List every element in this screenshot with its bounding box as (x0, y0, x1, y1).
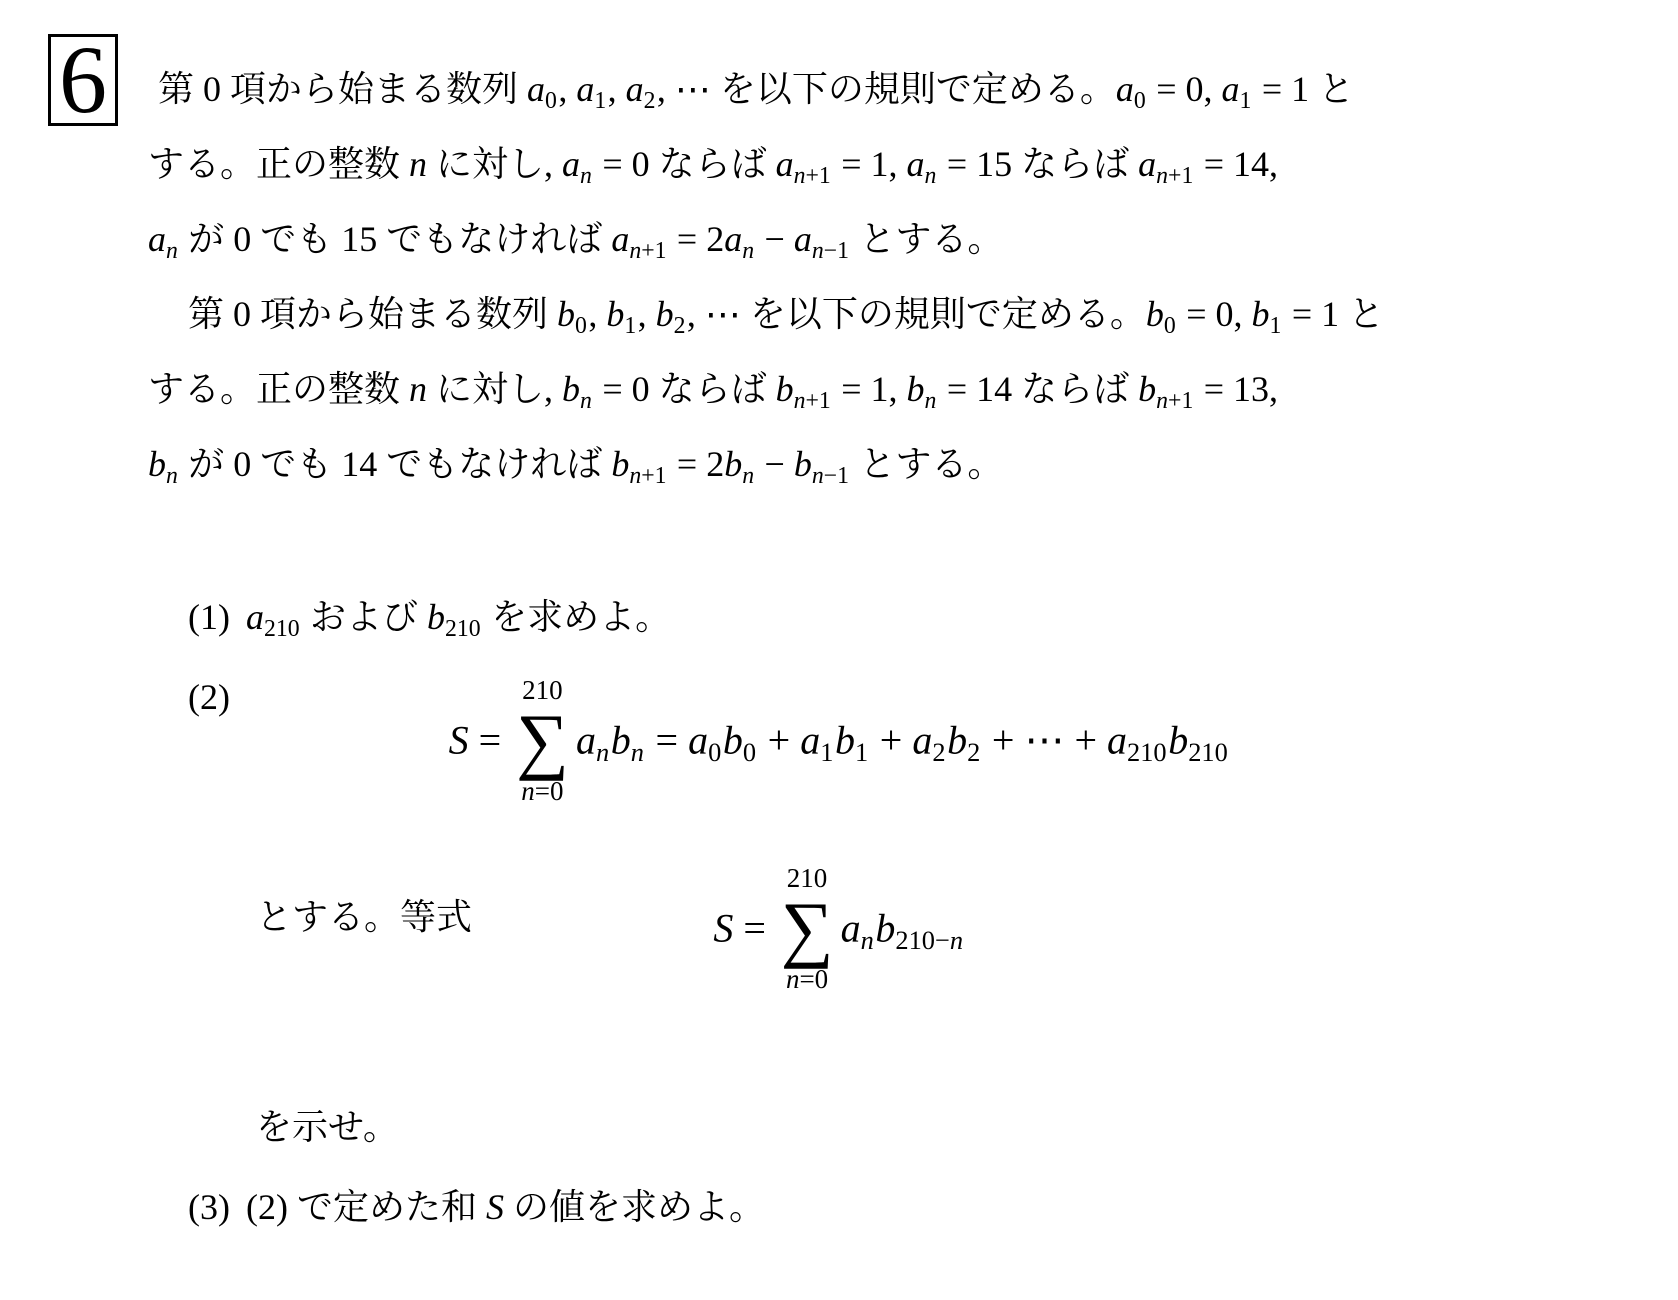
summation: 210∑n=0 (516, 675, 569, 807)
math-op: + (758, 717, 801, 762)
math-var: b (562, 369, 580, 409)
math-var: a (611, 219, 629, 259)
text-run: に対し, (427, 369, 562, 409)
text-run: 第 0 項から始まる数列 (158, 69, 527, 109)
math-subscript: 0 (575, 313, 587, 339)
math-sub-part: −1 (824, 238, 849, 264)
math-var: a (907, 144, 925, 184)
text-run: を求めよ。 (482, 597, 671, 637)
math-op: = 0 (593, 144, 658, 184)
text-run: する。正の整数 (148, 144, 409, 184)
text-run: と (1339, 294, 1384, 334)
statement-line-6: bn が 0 でも 14 でもなければ bn+1 = 2bn − bn−1 とす… (148, 427, 1548, 502)
math-sub-part: 0 (743, 737, 756, 767)
text-run: で定めた和 (288, 1187, 486, 1227)
math-var: b (656, 294, 674, 334)
math-subscript: 2 (967, 737, 980, 767)
math-subscript: n (742, 238, 754, 264)
math-sub-part: n (1156, 163, 1168, 189)
math-subscript: n−1 (812, 238, 849, 264)
math-sub-part: n (596, 737, 609, 767)
math-subscript: 1 (855, 737, 868, 767)
text-run: に対し, (427, 144, 562, 184)
math-sub-part: n (580, 388, 592, 414)
math-var: a (912, 717, 932, 762)
math-sub-part: n (166, 238, 178, 264)
math-subscript: n (580, 388, 592, 414)
math-sub-part: 1 (624, 313, 636, 339)
math-subscript: 0 (708, 737, 721, 767)
math-op: , (558, 69, 576, 109)
math-op: = 0 (593, 369, 658, 409)
math-sub-part: n (629, 463, 641, 489)
math-sub-part: 210 (1188, 737, 1228, 767)
math-var: b (557, 294, 575, 334)
math-var: a (148, 219, 166, 259)
math-op: = 15 (938, 144, 1021, 184)
math-subscript: n−1 (812, 463, 849, 489)
statement-line-5: する。正の整数 n に対し, bn = 0 ならば bn+1 = 1, bn =… (148, 352, 1548, 427)
math-sub-part: 210 (264, 616, 300, 642)
item-1-text: a210 および b210 を求めよ。 (246, 597, 671, 637)
math-sub-part: 2 (967, 737, 980, 767)
math-sub-part: 0 (1134, 88, 1146, 114)
math-sub-part: n (950, 925, 963, 955)
math-op: = 0, (1147, 69, 1221, 109)
math-op: = 1 (1283, 294, 1339, 334)
math-var: a (841, 905, 861, 950)
statement-line-3: an が 0 でも 15 でもなければ an+1 = 2an − an−1 とす… (148, 202, 1548, 277)
sum-formula-definition: S = 210∑n=0anbn = a0b0 + a1b1 + a2b2 + ⋯… (0, 678, 1678, 810)
math-subscript: 0 (1164, 313, 1176, 339)
math-sub-part: +1 (641, 238, 666, 264)
text-run: が 0 でも 15 でもなければ (179, 219, 611, 259)
math-var: a (688, 717, 708, 762)
sum-lower-limit: n=0 (521, 776, 563, 807)
statement-line-1: 第 0 項から始まる数列 a0, a1, a2, ⋯ を以下の規則で定める。a0… (148, 52, 1548, 127)
math-op: = 14 (938, 369, 1021, 409)
math-sub-part: +1 (641, 463, 666, 489)
math-sub-part: 1 (855, 737, 868, 767)
math-sub-part: 210 (445, 616, 481, 642)
text-run: ならば (1021, 144, 1138, 184)
math-var: n (409, 144, 427, 184)
math-op: − (756, 219, 794, 259)
math-subscript: n+1 (1156, 388, 1193, 414)
math-subscript: 210 (264, 616, 300, 642)
math-subscript: n (861, 925, 874, 955)
math-var: b (776, 369, 794, 409)
math-subscript: 0 (1134, 88, 1146, 114)
math-subscript: n+1 (1156, 163, 1193, 189)
math-subscript: 210 (1188, 737, 1228, 767)
math-sub-part: 2 (644, 88, 656, 114)
math-var: S (713, 905, 733, 950)
math-subscript: n (580, 163, 592, 189)
sigma-icon: ∑ (516, 706, 569, 776)
math-op: , ⋯ (657, 69, 720, 109)
math-subscript: n+1 (629, 238, 666, 264)
math-var: b (1138, 369, 1156, 409)
math-op: (2) (246, 1187, 288, 1227)
math-var: b (794, 444, 812, 484)
math-var: a (776, 144, 794, 184)
math-op: , (588, 294, 606, 334)
math-subscript: 0 (743, 737, 756, 767)
math-var: b (875, 905, 895, 950)
math-var: a (794, 219, 812, 259)
math-var: a (1222, 69, 1240, 109)
math-subscript: n+1 (794, 163, 831, 189)
text-run: および (301, 597, 427, 637)
math-subscript: 210 (445, 616, 481, 642)
math-sub-part: n (925, 163, 937, 189)
math-op: = (646, 717, 689, 762)
item-2-after-text: を示せ。 (256, 1102, 399, 1152)
math-sub-part: n (861, 925, 874, 955)
math-subscript: n (596, 737, 609, 767)
text-run: とする。 (850, 219, 1003, 259)
math-sub-part: +1 (806, 388, 831, 414)
math-var: a (800, 717, 820, 762)
math-sub-part: =0 (535, 776, 564, 806)
math-var: b (611, 717, 631, 762)
math-sub-part: 1 (820, 737, 833, 767)
math-var: b (723, 717, 743, 762)
math-subscript: n (631, 737, 644, 767)
math-subscript: n (166, 463, 178, 489)
statement-line-4: 第 0 項から始まる数列 b0, b1, b2, ⋯ を以下の規則で定める。b0… (148, 277, 1548, 352)
math-subscript: n (925, 388, 937, 414)
question-item-1: (1)a210 および b210 を求めよ。 (188, 592, 671, 654)
text-run: を以下の規則で定める。 (750, 294, 1146, 334)
math-var: a (1116, 69, 1134, 109)
math-subscript: 210 (1127, 737, 1167, 767)
text-run: ならば (1021, 369, 1138, 409)
math-var: b (835, 717, 855, 762)
document-page: 6 第 0 項から始まる数列 a0, a1, a2, ⋯ を以下の規則で定める。… (0, 0, 1678, 1300)
math-sub-part: n (166, 463, 178, 489)
math-var: b (724, 444, 742, 484)
math-var: a (1138, 144, 1156, 184)
math-var: a (576, 69, 594, 109)
math-var: n (409, 369, 427, 409)
text-run: 第 0 項から始まる数列 (188, 294, 557, 334)
math-op: + (870, 717, 913, 762)
math-op: = 2 (668, 219, 724, 259)
text-run: する。正の整数 (148, 369, 409, 409)
text-run: ならば (659, 369, 776, 409)
math-subscript: 2 (674, 313, 686, 339)
math-var: a (1107, 717, 1127, 762)
math-sub-part: 0 (575, 313, 587, 339)
math-var: b (606, 294, 624, 334)
math-subscript: 1 (594, 88, 606, 114)
math-op: , (638, 294, 656, 334)
math-subscript: n (166, 238, 178, 264)
math-op: , (608, 69, 626, 109)
math-sub-part: 0 (1164, 313, 1176, 339)
math-subscript: 210−n (895, 925, 963, 955)
summation: 210∑n=0 (781, 863, 834, 995)
math-sub-part: n (742, 463, 754, 489)
item-3-label: (3) (188, 1187, 230, 1227)
math-subscript: n (742, 463, 754, 489)
math-sub-part: 210− (895, 925, 949, 955)
math-var: b (947, 717, 967, 762)
math-sub-part: 1 (1270, 313, 1282, 339)
math-var: b (427, 597, 445, 637)
math-subscript: n+1 (629, 463, 666, 489)
math-op: = 13, (1195, 369, 1278, 409)
math-var: a (576, 717, 596, 762)
math-op: = 1, (832, 144, 906, 184)
math-sub-part: 0 (708, 737, 721, 767)
math-subscript: 2 (644, 88, 656, 114)
sigma-icon: ∑ (781, 894, 834, 964)
math-var: a (562, 144, 580, 184)
math-sub-part: n (629, 238, 641, 264)
math-subscript: 1 (820, 737, 833, 767)
math-sub-part: =0 (799, 964, 828, 994)
text-run: と (1309, 69, 1354, 109)
math-var: a (527, 69, 545, 109)
sum-formula-identity: S = 210∑n=0anb210−n (0, 866, 1678, 998)
math-sub-part: 210 (1127, 737, 1167, 767)
math-subscript: 1 (1240, 88, 1252, 114)
text-run: の値を求めよ。 (504, 1187, 765, 1227)
math-sub-part: 2 (932, 737, 945, 767)
math-sub-part: +1 (1168, 388, 1193, 414)
math-op: = (469, 717, 512, 762)
math-op: = 0, (1177, 294, 1251, 334)
text-run: とする。 (850, 444, 1003, 484)
math-var: b (148, 444, 166, 484)
math-sub-part: +1 (1168, 163, 1193, 189)
math-sub-part: n (812, 238, 824, 264)
math-var: a (626, 69, 644, 109)
math-op: = 1, (832, 369, 906, 409)
problem-number-box: 6 (48, 34, 118, 126)
math-sub-part: n (1156, 388, 1168, 414)
math-subscript: 2 (932, 737, 945, 767)
math-var: b (611, 444, 629, 484)
math-subscript: 0 (545, 88, 557, 114)
problem-number: 6 (59, 32, 107, 128)
math-var: S (486, 1187, 504, 1227)
math-sub-part: n (580, 163, 592, 189)
problem-statement: 第 0 項から始まる数列 a0, a1, a2, ⋯ を以下の規則で定める。a0… (148, 52, 1548, 502)
question-item-3: (3)(2) で定めた和 S の値を求めよ。 (188, 1182, 765, 1232)
item-3-text: (2) で定めた和 S の値を求めよ。 (246, 1187, 765, 1227)
math-sub-part: n (786, 964, 800, 994)
math-var: b (1146, 294, 1164, 334)
text-run: が 0 でも 14 でもなければ (179, 444, 611, 484)
math-op: = 14, (1195, 144, 1278, 184)
math-subscript: 1 (624, 313, 636, 339)
math-op: = 1 (1253, 69, 1309, 109)
math-var: a (246, 597, 264, 637)
math-subscript: 1 (1270, 313, 1282, 339)
math-sub-part: 1 (1240, 88, 1252, 114)
statement-line-2: する。正の整数 n に対し, an = 0 ならば an+1 = 1, an =… (148, 127, 1548, 202)
math-op: = 2 (668, 444, 724, 484)
math-var: b (907, 369, 925, 409)
math-sub-part: n (794, 163, 806, 189)
math-sub-part: n (794, 388, 806, 414)
math-op: , ⋯ (687, 294, 750, 334)
item-1-label: (1) (188, 597, 230, 637)
math-sub-part: 0 (545, 88, 557, 114)
math-subscript: n+1 (794, 388, 831, 414)
math-op: − (756, 444, 794, 484)
math-subscript: n (925, 163, 937, 189)
math-var: a (724, 219, 742, 259)
math-sub-part: −1 (824, 463, 849, 489)
sum-lower-limit: n=0 (786, 964, 828, 995)
math-sub-part: n (742, 238, 754, 264)
math-op: + ⋯ + (982, 717, 1107, 762)
text-run: を以下の規則で定める。 (720, 69, 1116, 109)
math-sub-part: 1 (594, 88, 606, 114)
math-op: = (733, 905, 776, 950)
math-var: b (1168, 717, 1188, 762)
math-var: S (449, 717, 469, 762)
text-run: ならば (659, 144, 776, 184)
math-sub-part: n (925, 388, 937, 414)
math-sub-part: n (812, 463, 824, 489)
math-sub-part: n (521, 776, 535, 806)
math-var: b (1252, 294, 1270, 334)
math-sub-part: n (631, 737, 644, 767)
math-sub-part: 2 (674, 313, 686, 339)
math-sub-part: +1 (806, 163, 831, 189)
